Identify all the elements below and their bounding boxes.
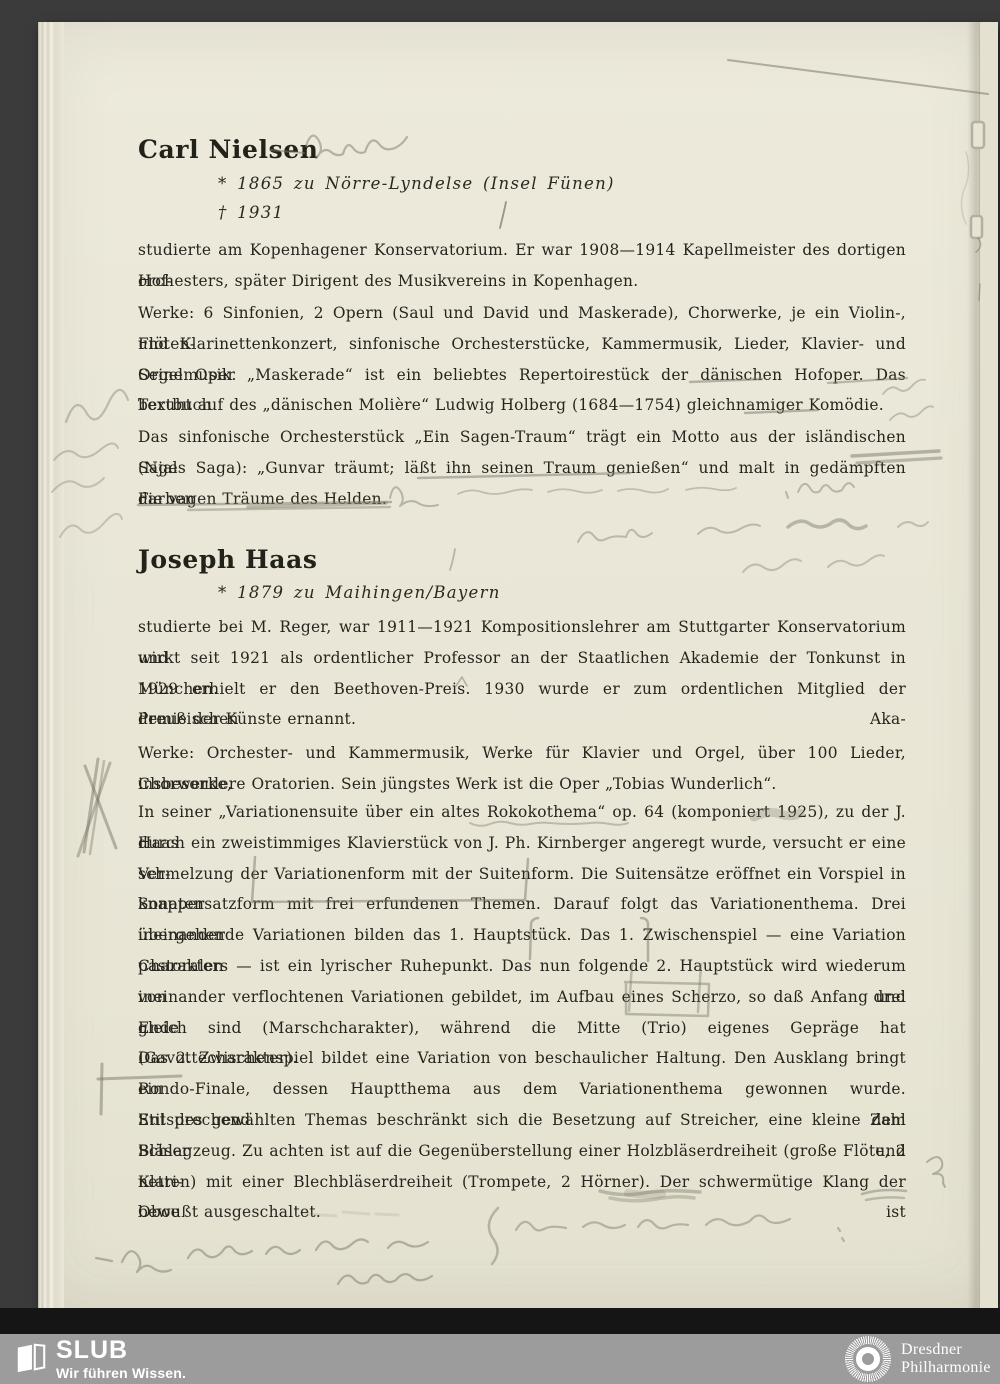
- text-line: durch ein zweistimmiges Klavierstück von…: [138, 828, 906, 859]
- text-line: studierte am Kopenhagener Konservatorium…: [138, 235, 906, 266]
- text-line: schmelzung der Variationenform mit der S…: [138, 859, 906, 890]
- death-line-nielsen: † 1931: [218, 203, 284, 222]
- text-line: gleich sind (Marschcharakter), während d…: [138, 1013, 906, 1044]
- starburst-icon: [845, 1336, 891, 1382]
- text-line: (Njals Saga): „Gunvar träumt; läßt ihn s…: [138, 453, 906, 484]
- partner-wordmark: Dresdner Philharmonie: [901, 1341, 991, 1377]
- text-line: übergehende Variationen bilden das 1. Ha…: [138, 920, 906, 951]
- text-line: orchesters, später Dirigent des Musikver…: [138, 266, 906, 297]
- document-page: Carl Nielsen * 1865 zu Nörre-Lyndelse (I…: [38, 22, 998, 1308]
- text-line: In seiner „Variationensuite über ein alt…: [138, 797, 906, 828]
- birth-line-haas: * 1879 zu Maihingen/Bayern: [218, 583, 501, 602]
- text-line: Das sinfonische Orchesterstück „Ein Sage…: [138, 422, 906, 453]
- text-line: Werke: 6 Sinfonien, 2 Opern (Saul und Da…: [138, 298, 906, 329]
- text-line: die vagen Träume des Helden.: [138, 484, 906, 515]
- paragraph-nielsen-sagentraum: Das sinfonische Orchesterstück „Ein Sage…: [138, 422, 906, 514]
- partner-name-line1: Dresdner: [901, 1341, 991, 1359]
- paragraph-haas-bio: studierte bei M. Reger, war 1911—1921 Ko…: [138, 612, 906, 735]
- text-line: Sonatensatzform mit frei erfundenen Them…: [138, 889, 906, 920]
- text-line: Das 2. Zwischenspiel bildet eine Variati…: [138, 1043, 906, 1074]
- text-line: Seine Oper „Maskerade“ ist ein beliebtes…: [138, 360, 906, 391]
- footer-branding-bar: SLUB Wir führen Wissen. Dresdner Philhar…: [0, 1334, 1000, 1384]
- page-crease: [728, 60, 988, 94]
- slub-book-icon: [14, 1341, 48, 1379]
- text-line: Stil des gewählten Themas beschränkt sic…: [138, 1105, 906, 1136]
- text-line: Schlagzeug. Zu achten ist auf die Gegenü…: [138, 1136, 906, 1167]
- paragraph-haas-variationensuite: In seiner „Variationensuite über ein alt…: [138, 797, 906, 1228]
- partner-name-line2: Philharmonie: [901, 1359, 991, 1377]
- scanned-page-viewer: Carl Nielsen * 1865 zu Nörre-Lyndelse (I…: [0, 0, 1000, 1384]
- ink-stray-mark: [500, 202, 506, 228]
- text-line: 1929 erhielt er den Beethoven-Preis. 193…: [138, 674, 906, 705]
- slub-wordmark: SLUB: [56, 1336, 128, 1365]
- text-line: und Klarinettenkonzert, sinfonische Orch…: [138, 329, 906, 360]
- paragraph-nielsen-werke: Werke: 6 Sinfonien, 2 Opern (Saul und Da…: [138, 298, 906, 421]
- slub-tagline: Wir führen Wissen.: [56, 1365, 186, 1381]
- text-line: netten) mit einer Blechbläserdreiheit (T…: [138, 1167, 906, 1198]
- paragraph-haas-werke: Werke: Orchester- und Kammermusik, Werke…: [138, 738, 906, 800]
- next-page-edge: [979, 22, 998, 1308]
- text-line: Werke: Orchester- und Kammermusik, Werke…: [138, 738, 906, 769]
- paragraph-nielsen-bio: studierte am Kopenhagener Konservatorium…: [138, 235, 906, 297]
- page-edge-stack: [38, 22, 64, 1308]
- text-line: ineinander verflochtenen Variationen geb…: [138, 982, 906, 1013]
- composer-heading-haas: Joseph Haas: [138, 545, 318, 574]
- text-line: Rondo-Finale, dessen Hauptthema aus dem …: [138, 1074, 906, 1105]
- footer-black-strip: [0, 1308, 1000, 1334]
- pencil-cross-mark: [78, 759, 116, 856]
- text-line: insbesondere Oratorien. Sein jüngstes We…: [138, 769, 906, 800]
- text-line: beruht auf des „dänischen Molière“ Ludwi…: [138, 390, 906, 421]
- text-line: Charakters — ist ein lyrischer Ruhepunkt…: [138, 951, 906, 982]
- birth-line-nielsen: * 1865 zu Nörre-Lyndelse (Insel Fünen): [218, 174, 615, 193]
- text-line: studierte bei M. Reger, war 1911—1921 Ko…: [138, 612, 906, 643]
- text-line: wirkt seit 1921 als ordentlicher Profess…: [138, 643, 906, 674]
- composer-heading-nielsen: Carl Nielsen: [138, 135, 319, 164]
